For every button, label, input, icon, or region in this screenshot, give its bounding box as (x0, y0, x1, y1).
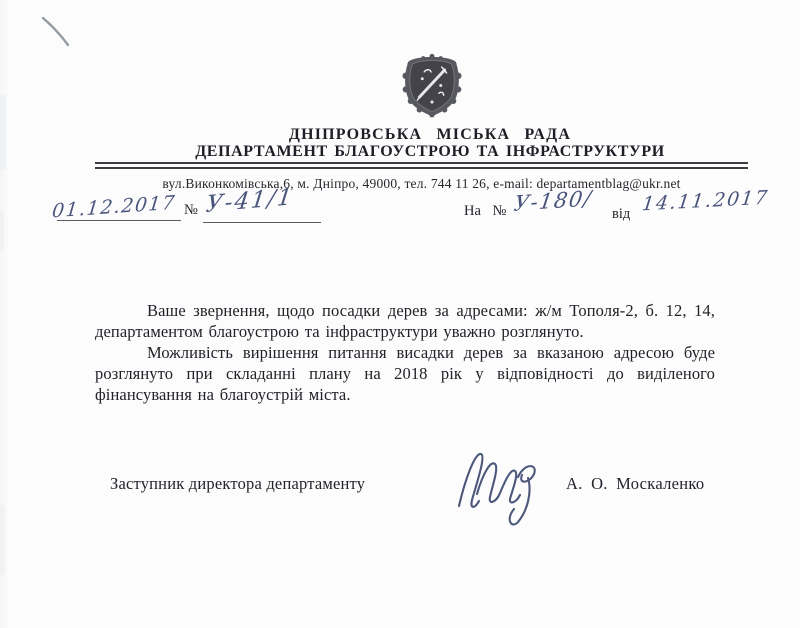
letterhead-double-rule (95, 162, 748, 169)
signer-name: А. О. Москаленко (566, 474, 704, 494)
dnipro-coat-of-arms-icon (398, 52, 466, 119)
handwritten-signature-icon (443, 440, 558, 532)
letter-body: Ваше звернення, щодо посадки дерев за ад… (95, 300, 715, 405)
organization-name: ДНІПРОВСЬКА МІСЬКА РАДА (100, 126, 760, 144)
handwritten-incoming-number: У-180/ (512, 186, 594, 216)
date-underline (57, 220, 181, 221)
number-sign: № (184, 202, 198, 219)
number-underline (203, 222, 321, 223)
from-date-label: від (612, 206, 630, 223)
address-line: вул.Виконкомівська,6, м. Дніпро, 49000, … (95, 176, 748, 192)
scan-smudge (0, 210, 4, 250)
body-paragraph-1: Ваше звернення, щодо посадки дерев за ад… (95, 300, 715, 342)
scan-smudge (0, 95, 6, 170)
body-paragraph-2: Можливість вирішення питання висадки дер… (95, 342, 715, 405)
reply-to-number-label: На № (464, 203, 506, 220)
scan-smudge (0, 505, 5, 575)
signer-title: Заступник директора департаменту (110, 474, 365, 494)
pen-scratch-mark (40, 14, 76, 54)
scanned-letter-page: ДНІПРОВСЬКА МІСЬКА РАДА ДЕПАРТАМЕНТ БЛАГ… (0, 0, 800, 628)
department-name: ДЕПАРТАМЕНТ БЛАГОУСТРОЮ ТА ІНФРАСТРУКТУР… (100, 143, 760, 161)
handwritten-outgoing-date: 01.12.2017 (51, 192, 177, 223)
